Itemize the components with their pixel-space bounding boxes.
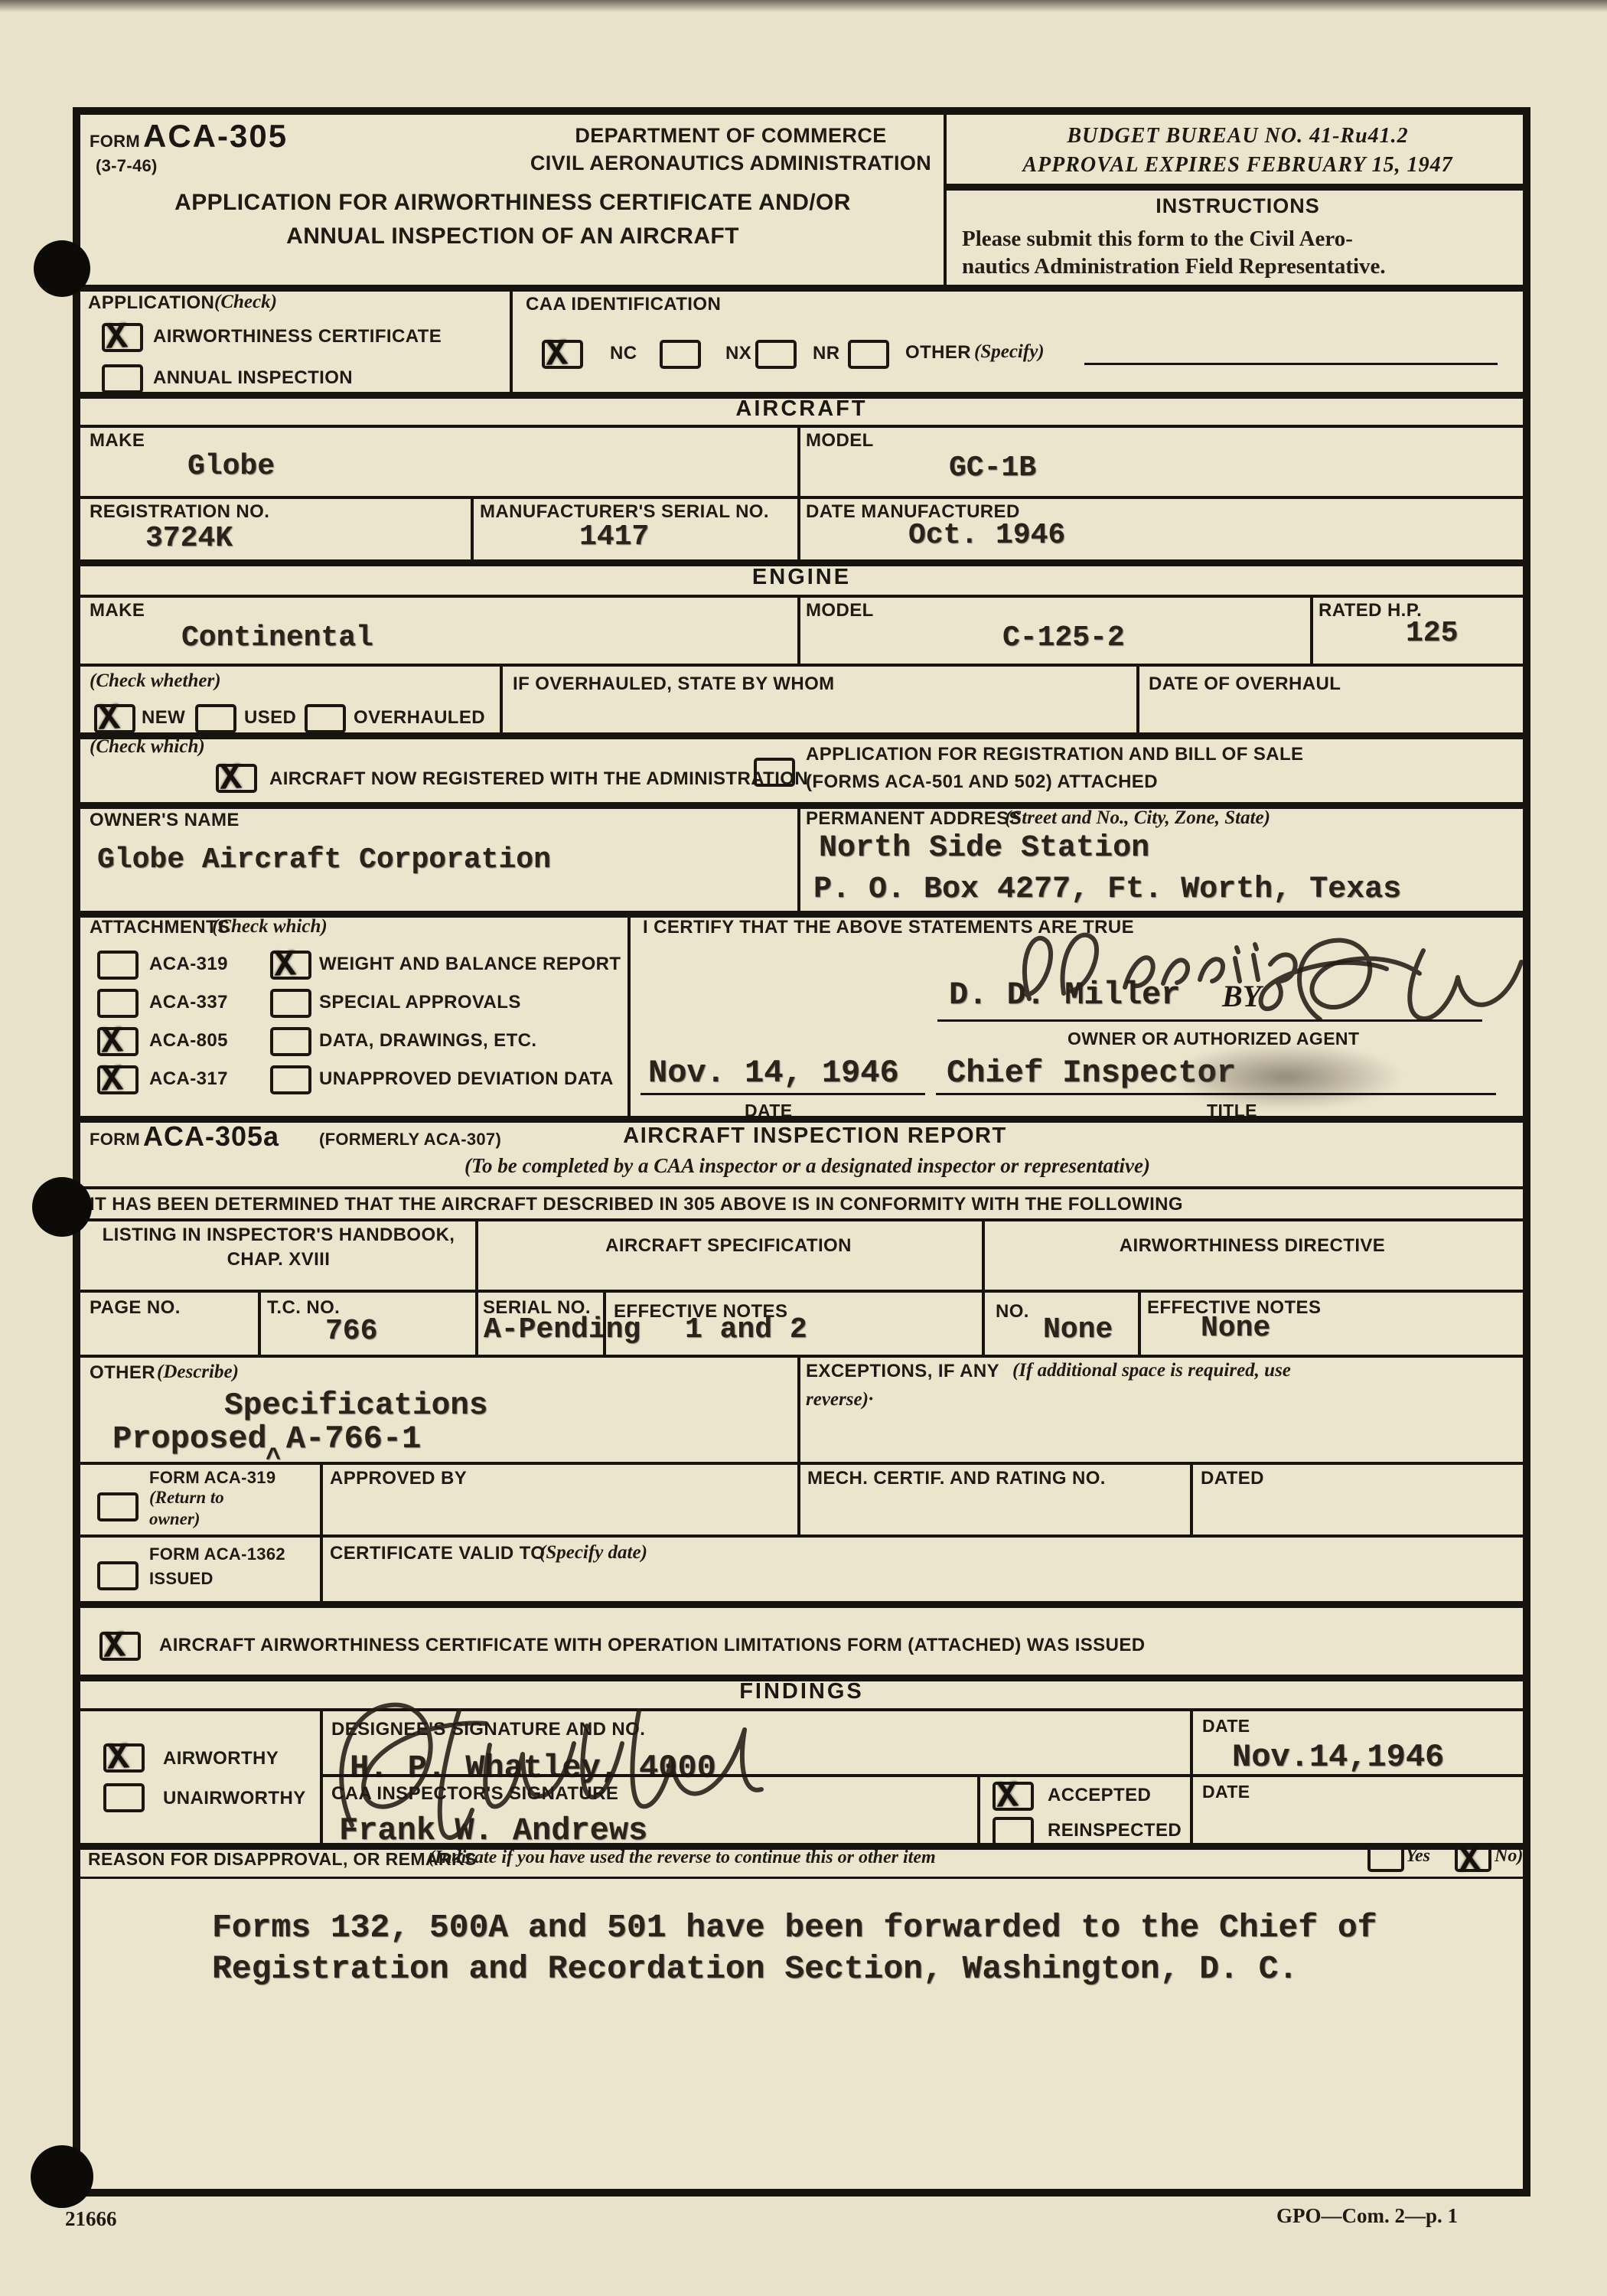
nc-label: NC <box>610 343 637 364</box>
department-line1: DEPARTMENT OF COMMERCE <box>448 124 1014 148</box>
form-aca-1362-label: FORM ACA-1362 <box>149 1544 285 1564</box>
aircraft-section-title: AIRCRAFT <box>80 396 1523 422</box>
instructions-line1: Please submit this form to the Civil Aer… <box>962 227 1353 252</box>
divider <box>977 1774 980 1843</box>
owner-name-value: Globe Aircraft Corporation <box>97 843 551 876</box>
divider <box>80 664 1523 667</box>
unapproved-deviation-checkbox[interactable] <box>270 1065 311 1094</box>
divider <box>797 1462 800 1534</box>
reason-remarks-hint: (Indicate if you have used the reverse t… <box>429 1848 936 1868</box>
aca-805-label: ACA-805 <box>149 1030 228 1052</box>
aircraft-make-value: Globe <box>187 450 275 483</box>
divider <box>80 802 1523 809</box>
attachments-label: ATTACHMENTS <box>90 917 230 938</box>
airworthiness-cert-issued-label: AIRCRAFT AIRWORTHINESS CERTIFICATE WITH … <box>159 1635 1145 1656</box>
overhauled-by-whom-label: IF OVERHAULED, STATE BY WHOM <box>513 673 835 695</box>
data-drawings-checkbox[interactable] <box>270 1027 311 1056</box>
date-of-overhaul-label: DATE OF OVERHAUL <box>1149 673 1341 695</box>
divider <box>80 1462 1523 1465</box>
aca-337-label: ACA-337 <box>149 992 228 1013</box>
owner-signature-typed: D. D. Miller <box>949 977 1180 1013</box>
approved-by-label: APPROVED BY <box>330 1468 467 1489</box>
form-aca-319-return1: (Return to <box>149 1488 224 1508</box>
remarks-no-checkbox[interactable] <box>1455 1846 1491 1872</box>
bill-of-sale-line1: APPLICATION FOR REGISTRATION AND BILL OF… <box>806 744 1303 765</box>
form-title-line2: ANNUAL INSPECTION OF AN AIRCRAFT <box>172 223 853 249</box>
special-approvals-checkbox[interactable] <box>270 989 311 1018</box>
aca-319-checkbox[interactable] <box>97 951 139 980</box>
engine-section-title: ENGINE <box>80 565 1523 590</box>
nc-checkbox[interactable] <box>542 340 583 369</box>
divider <box>1138 1290 1141 1355</box>
gpo-imprint: GPO—Com. 2—p. 1 <box>1276 2204 1458 2228</box>
divider <box>80 1116 1523 1123</box>
aircraft-specification-col: AIRCRAFT SPECIFICATION <box>475 1235 982 1257</box>
punch-hole <box>34 240 90 297</box>
aca-337-checkbox[interactable] <box>97 989 139 1018</box>
certification-date-value: Nov. 14, 1946 <box>648 1055 899 1091</box>
engine-new-label: NEW <box>142 707 185 729</box>
date-line <box>641 1093 925 1095</box>
caa-inspector-signature-label: CAA INSPECTOR'S SIGNATURE <box>331 1783 618 1805</box>
inspection-report-subtitle: (To be completed by a CAA inspector or a… <box>233 1154 1381 1178</box>
punch-hole <box>32 1177 92 1237</box>
ad-no-label: NO. <box>996 1301 1029 1322</box>
engine-make-label: MAKE <box>90 600 145 621</box>
permanent-address-line1: North Side Station <box>819 831 1149 866</box>
date-manufactured-value: Oct. 1946 <box>908 519 1065 552</box>
budget-approval-expires: APPROVAL EXPIRES FEBRUARY 15, 1947 <box>960 153 1515 178</box>
print-order-number: 21666 <box>65 2207 117 2231</box>
engine-used-label: USED <box>244 707 296 729</box>
owner-name-label: OWNER'S NAME <box>90 810 240 831</box>
permanent-address-hint: (Street and No., City, Zone, State) <box>1005 807 1270 829</box>
engine-make-value: Continental <box>181 621 373 654</box>
divider <box>510 285 513 392</box>
divider <box>80 1218 1523 1221</box>
form-aca-319-checkbox[interactable] <box>97 1492 139 1521</box>
divider <box>80 496 1523 499</box>
registration-no-label: REGISTRATION NO. <box>90 501 269 523</box>
engine-check-whether-hint: (Check whether) <box>90 670 221 692</box>
permanent-address-label: PERMANENT ADDRESS <box>806 808 1022 830</box>
by-label: BY <box>1222 978 1261 1014</box>
nr-checkbox[interactable] <box>755 340 797 369</box>
divider <box>80 425 1523 428</box>
annual-inspection-label: ANNUAL INSPECTION <box>153 367 353 389</box>
weight-balance-checkbox[interactable] <box>270 951 311 980</box>
reinspected-checkbox[interactable] <box>993 1817 1034 1846</box>
divider <box>80 1877 1523 1879</box>
other-id-checkbox[interactable] <box>848 340 889 369</box>
divider <box>475 1290 478 1355</box>
form-aca-1362-issued: ISSUED <box>149 1569 214 1589</box>
title-line <box>936 1093 1496 1095</box>
engine-overhauled-checkbox[interactable] <box>305 704 346 733</box>
caa-identification-label: CAA IDENTIFICATION <box>526 294 721 315</box>
divider <box>1190 1462 1193 1534</box>
rated-hp-value: 125 <box>1406 617 1458 650</box>
spec-effective-notes-value: 1 and 2 <box>685 1313 807 1346</box>
findings-date1-label: DATE <box>1202 1716 1250 1737</box>
remarks-yes-checkbox[interactable] <box>1367 1846 1404 1872</box>
nr-label: NR <box>813 343 839 364</box>
reinspected-label: REINSPECTED <box>1048 1820 1182 1841</box>
aca-805-checkbox[interactable] <box>97 1027 139 1056</box>
divider <box>603 1290 606 1355</box>
divider <box>797 496 800 559</box>
other-describe-hint: (Describe) <box>157 1362 239 1383</box>
divider <box>797 802 800 911</box>
engine-overhauled-label: OVERHAULED <box>354 707 485 729</box>
form-number: ACA-305 <box>143 118 288 155</box>
form-aca-1362-checkbox[interactable] <box>97 1561 139 1590</box>
annual-inspection-checkbox[interactable] <box>102 364 143 393</box>
divider <box>797 425 800 496</box>
serial-no-label: MANUFACTURER'S SERIAL NO. <box>480 501 769 523</box>
airworthy-checkbox[interactable] <box>103 1743 145 1773</box>
form-number-prefix: FORM <box>90 132 140 152</box>
nx-checkbox[interactable] <box>660 340 701 369</box>
other-specifications-value: Specifications <box>224 1388 487 1424</box>
instructions-line2: nautics Administration Field Representat… <box>962 254 1386 279</box>
aca-317-checkbox[interactable] <box>97 1065 139 1094</box>
budget-bureau-no: BUDGET BUREAU NO. 41-Ru41.2 <box>960 124 1515 148</box>
ad-no-value: None <box>1043 1313 1113 1346</box>
divider <box>797 595 800 664</box>
exceptions-hint-line2: reverse)· <box>806 1389 873 1411</box>
divider <box>320 1774 1523 1777</box>
divider <box>80 1186 1523 1189</box>
divider <box>627 911 631 1116</box>
ink-smudge <box>1167 1042 1404 1111</box>
divider <box>80 732 1523 739</box>
agent-initials-scrawl <box>1278 928 1530 1031</box>
aircraft-model-value: GC-1B <box>949 452 1036 484</box>
accepted-checkbox[interactable] <box>993 1782 1034 1811</box>
divider <box>944 184 1523 191</box>
bill-of-sale-attached-checkbox[interactable] <box>754 758 795 787</box>
remarks-text-line1: Forms 132, 500A and 501 have been forwar… <box>212 1909 1377 1946</box>
other-describe-label: OTHER <box>90 1362 155 1384</box>
permanent-address-line2: P. O. Box 4277, Ft. Worth, Texas <box>813 872 1401 907</box>
page-no-label: PAGE NO. <box>90 1297 181 1319</box>
nx-label: NX <box>725 343 751 364</box>
form-305a-number: ACA-305a <box>143 1120 279 1153</box>
other-specify-blank-field[interactable] <box>1084 363 1498 365</box>
ad-effective-notes-value: None <box>1201 1312 1270 1345</box>
owner-signature-line <box>937 1019 1482 1022</box>
airworthy-label: AIRWORTHY <box>163 1748 279 1769</box>
engine-used-checkbox[interactable] <box>195 704 236 733</box>
aca-317-label: ACA-317 <box>149 1068 228 1090</box>
punch-hole <box>31 2145 93 2208</box>
remarks-yes-label: Yes <box>1406 1846 1430 1867</box>
airworthiness-certificate-label: AIRWORTHINESS CERTIFICATE <box>153 326 442 347</box>
scanned-form-page: FORM ACA-305 (3-7-46) DEPARTMENT OF COMM… <box>0 0 1607 2296</box>
findings-date2-label: DATE <box>1202 1782 1250 1802</box>
exceptions-label: EXCEPTIONS, IF ANY <box>806 1361 999 1382</box>
serial-no-value: 1417 <box>579 520 649 553</box>
application-check-hint: (Check) <box>214 292 277 313</box>
handbook-col-line1: LISTING IN INSPECTOR'S HANDBOOK, <box>84 1225 473 1246</box>
divider <box>500 664 503 732</box>
attachments-check-which-hint: (Check which) <box>212 916 328 938</box>
instructions-title: INSTRUCTIONS <box>960 194 1515 218</box>
other-id-label: OTHER <box>905 342 971 364</box>
remarks-no-label: No) <box>1495 1846 1523 1867</box>
aircraft-make-label: MAKE <box>90 430 145 452</box>
divider <box>258 1290 261 1355</box>
aca-319-label: ACA-319 <box>149 954 228 975</box>
divider <box>80 1290 1523 1293</box>
registered-with-administration-checkbox[interactable] <box>216 764 257 793</box>
divider <box>471 496 474 559</box>
divider <box>1136 664 1139 732</box>
form-aca-319-return2: owner) <box>149 1509 200 1529</box>
mech-certif-label: MECH. CERTIF. AND RATING NO. <box>807 1468 1106 1489</box>
registered-with-administration-label: AIRCRAFT NOW REGISTERED WITH THE ADMINIS… <box>269 768 808 790</box>
divider <box>982 1290 985 1355</box>
certificate-valid-to-hint: (Specify date) <box>539 1542 647 1564</box>
certificate-valid-to-label: CERTIFICATE VALID TO <box>330 1543 545 1564</box>
form-border-frame: FORM ACA-305 (3-7-46) DEPARTMENT OF COMM… <box>73 107 1530 2197</box>
unairworthy-label: UNAIRWORTHY <box>163 1788 306 1809</box>
inspection-report-title: AIRCRAFT INSPECTION REPORT <box>478 1124 1152 1149</box>
remarks-text-line2: Registration and Recordation Section, Wa… <box>212 1950 1298 1988</box>
engine-model-value: C-125-2 <box>1002 621 1125 654</box>
application-label: APPLICATION <box>88 292 214 314</box>
divider <box>80 1708 1523 1711</box>
divider <box>80 1601 1523 1608</box>
divider <box>320 1534 323 1601</box>
divider <box>320 1462 323 1534</box>
determined-statement: IT HAS BEEN DETERMINED THAT THE AIRCRAFT… <box>90 1194 1183 1215</box>
reason-remarks-label: REASON FOR DISAPPROVAL, OR REMARKS <box>88 1849 477 1870</box>
data-drawings-label: DATA, DRAWINGS, ETC. <box>319 1030 536 1052</box>
divider <box>944 115 947 285</box>
form-title-line1: APPLICATION FOR AIRWORTHINESS CERTIFICAT… <box>172 190 853 216</box>
divider <box>80 1355 1523 1358</box>
engine-new-checkbox[interactable] <box>94 704 135 733</box>
tc-no-value: 766 <box>325 1315 377 1348</box>
aircraft-model-label: MODEL <box>806 430 874 452</box>
exceptions-hint-line1: (If additional space is required, use <box>1012 1360 1291 1381</box>
dated-label: DATED <box>1201 1468 1264 1489</box>
divider <box>80 1534 1523 1538</box>
bill-of-sale-line2: (FORMS ACA-501 AND 502) ATTACHED <box>806 771 1158 793</box>
divider <box>80 285 1523 292</box>
findings-section-title: FINDINGS <box>80 1679 1523 1704</box>
findings-date1-value: Nov.14,1946 <box>1232 1739 1444 1776</box>
engine-model-label: MODEL <box>806 600 874 621</box>
accepted-label: ACCEPTED <box>1048 1785 1151 1806</box>
other-specify-hint: (Specify) <box>974 341 1045 363</box>
divider <box>797 1355 800 1462</box>
unairworthy-checkbox[interactable] <box>103 1783 145 1812</box>
airworthiness-directive-col: AIRWORTHINESS DIRECTIVE <box>982 1235 1523 1257</box>
weight-balance-label: WEIGHT AND BALANCE REPORT <box>319 954 621 975</box>
divider <box>80 595 1523 598</box>
special-approvals-label: SPECIAL APPROVALS <box>319 992 521 1013</box>
airworthiness-cert-issued-checkbox[interactable] <box>99 1632 141 1661</box>
unapproved-deviation-label: UNAPPROVED DEVIATION DATA <box>319 1068 614 1090</box>
form-305a-prefix: FORM <box>90 1130 140 1150</box>
handbook-col-line2: CHAP. XVIII <box>84 1249 473 1270</box>
form-aca-319-label: FORM ACA-319 <box>149 1468 275 1488</box>
form-305a-formerly: (FORMERLY ACA-307) <box>319 1130 501 1150</box>
form-revision-date: (3-7-46) <box>96 156 158 176</box>
airworthiness-certificate-checkbox[interactable] <box>102 323 143 352</box>
department-line2: CIVIL AERONAUTICS ADMINISTRATION <box>448 152 1014 175</box>
registration-no-value: 3724K <box>145 522 233 555</box>
divider <box>1310 595 1313 664</box>
registration-check-which-hint: (Check which) <box>90 736 205 758</box>
